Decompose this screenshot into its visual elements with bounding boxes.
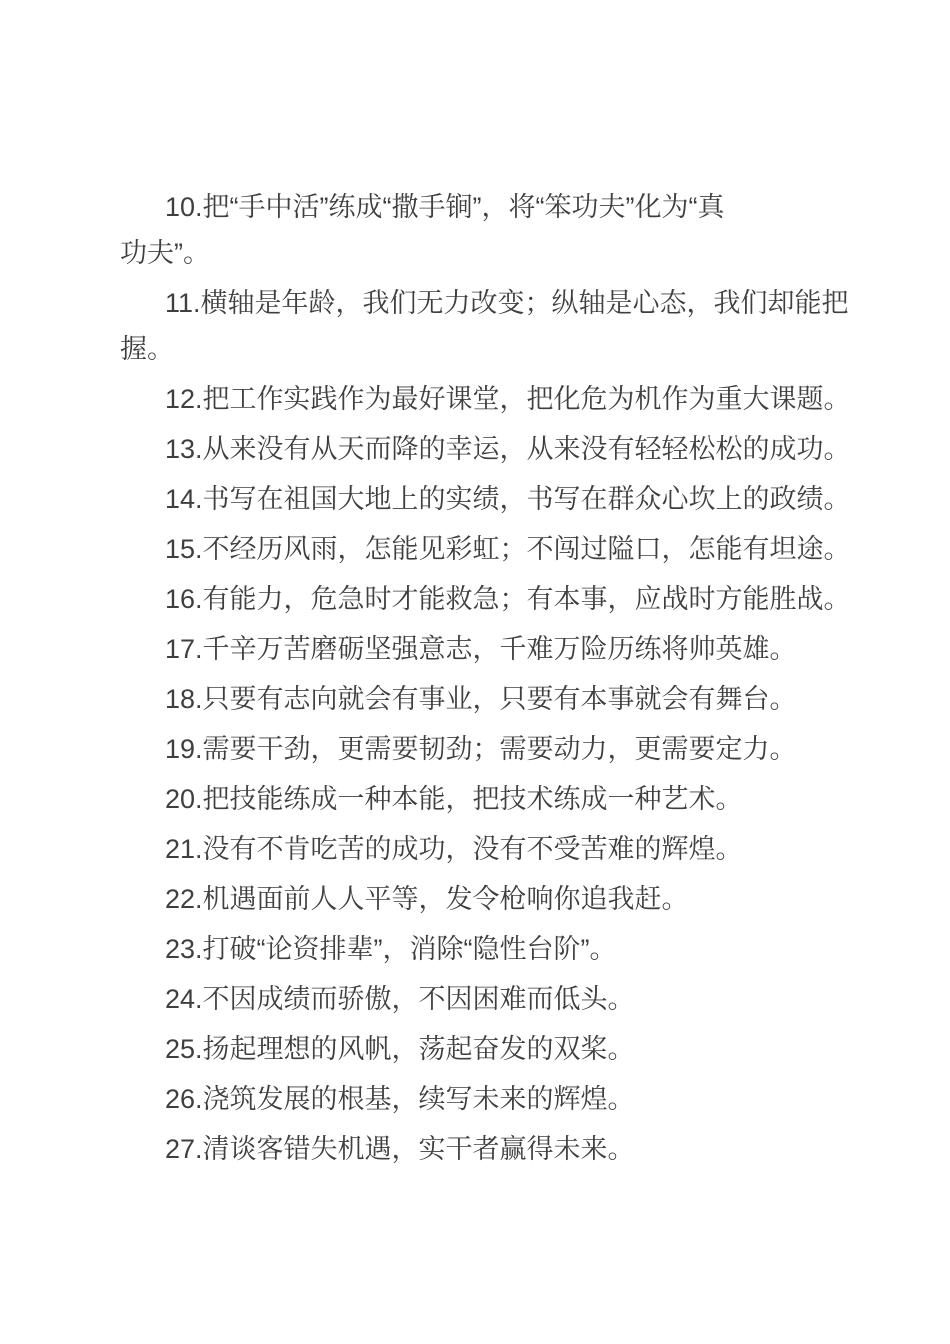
quote-paragraph: 25.扬起理想的风帆，荡起奋发的双桨。 xyxy=(120,1026,855,1072)
quote-line: 功夫”。 xyxy=(120,230,855,276)
quote-line: 23.打破“论资排辈”，消除“隐性台阶”。 xyxy=(120,926,855,972)
quote-paragraph: 17.千辛万苦磨砺坚强意志，千难万险历练将帅英雄。 xyxy=(120,626,855,672)
quote-paragraph: 11.横轴是年龄，我们无力改变；纵轴是心态，我们却能把握。 xyxy=(120,280,855,372)
quote-paragraph: 14.书写在祖国大地上的实绩，书写在群众心坎上的政绩。 xyxy=(120,476,855,522)
quote-paragraph: 20.把技能练成一种本能，把技术练成一种艺术。 xyxy=(120,776,855,822)
quote-paragraph: 10.把“手中活”练成“撒手锏”，将“笨功夫”化为“真功夫”。 xyxy=(120,184,855,276)
quote-line: 13.从来没有从天而降的幸运，从来没有轻轻松松的成功。 xyxy=(120,426,855,472)
quote-line: 25.扬起理想的风帆，荡起奋发的双桨。 xyxy=(120,1026,855,1072)
quote-line: 16.有能力，危急时才能救急；有本事，应战时方能胜战。 xyxy=(120,576,855,622)
quote-paragraph: 18.只要有志向就会有事业，只要有本事就会有舞台。 xyxy=(120,676,855,722)
quote-list: 10.把“手中活”练成“撒手锏”，将“笨功夫”化为“真功夫”。 11.横轴是年龄… xyxy=(0,0,950,1172)
quote-line: 19.需要干劲，更需要韧劲；需要动力，更需要定力。 xyxy=(120,726,855,772)
quote-line: 22.机遇面前人人平等，发令枪响你追我赶。 xyxy=(120,876,855,922)
document-page: 10.把“手中活”练成“撒手锏”，将“笨功夫”化为“真功夫”。 11.横轴是年龄… xyxy=(0,0,950,1344)
quote-paragraph: 27.清谈客错失机遇，实干者赢得未来。 xyxy=(120,1126,855,1172)
quote-paragraph: 24.不因成绩而骄傲，不因困难而低头。 xyxy=(120,976,855,1022)
quote-paragraph: 23.打破“论资排辈”，消除“隐性台阶”。 xyxy=(120,926,855,972)
quote-line: 20.把技能练成一种本能，把技术练成一种艺术。 xyxy=(120,776,855,822)
quote-line: 11.横轴是年龄，我们无力改变；纵轴是心态，我们却能把 xyxy=(120,280,855,326)
quote-line: 握。 xyxy=(120,326,855,372)
quote-line: 26.浇筑发展的根基，续写未来的辉煌。 xyxy=(120,1076,855,1122)
quote-paragraph: 12.把工作实践作为最好课堂，把化危为机作为重大课题。 xyxy=(120,376,855,422)
quote-line: 21.没有不肯吃苦的成功，没有不受苦难的辉煌。 xyxy=(120,826,855,872)
quote-paragraph: 21.没有不肯吃苦的成功，没有不受苦难的辉煌。 xyxy=(120,826,855,872)
quote-paragraph: 15.不经历风雨，怎能见彩虹；不闯过隘口，怎能有坦途。 xyxy=(120,526,855,572)
quote-paragraph: 26.浇筑发展的根基，续写未来的辉煌。 xyxy=(120,1076,855,1122)
quote-line: 27.清谈客错失机遇，实干者赢得未来。 xyxy=(120,1126,855,1172)
quote-line: 12.把工作实践作为最好课堂，把化危为机作为重大课题。 xyxy=(120,376,855,422)
quote-line: 17.千辛万苦磨砺坚强意志，千难万险历练将帅英雄。 xyxy=(120,626,855,672)
quote-paragraph: 13.从来没有从天而降的幸运，从来没有轻轻松松的成功。 xyxy=(120,426,855,472)
quote-line: 18.只要有志向就会有事业，只要有本事就会有舞台。 xyxy=(120,676,855,722)
quote-line: 15.不经历风雨，怎能见彩虹；不闯过隘口，怎能有坦途。 xyxy=(120,526,855,572)
quote-line: 24.不因成绩而骄傲，不因困难而低头。 xyxy=(120,976,855,1022)
quote-line: 14.书写在祖国大地上的实绩，书写在群众心坎上的政绩。 xyxy=(120,476,855,522)
quote-line: 10.把“手中活”练成“撒手锏”，将“笨功夫”化为“真 xyxy=(120,184,855,230)
quote-paragraph: 16.有能力，危急时才能救急；有本事，应战时方能胜战。 xyxy=(120,576,855,622)
quote-paragraph: 19.需要干劲，更需要韧劲；需要动力，更需要定力。 xyxy=(120,726,855,772)
quote-paragraph: 22.机遇面前人人平等，发令枪响你追我赶。 xyxy=(120,876,855,922)
